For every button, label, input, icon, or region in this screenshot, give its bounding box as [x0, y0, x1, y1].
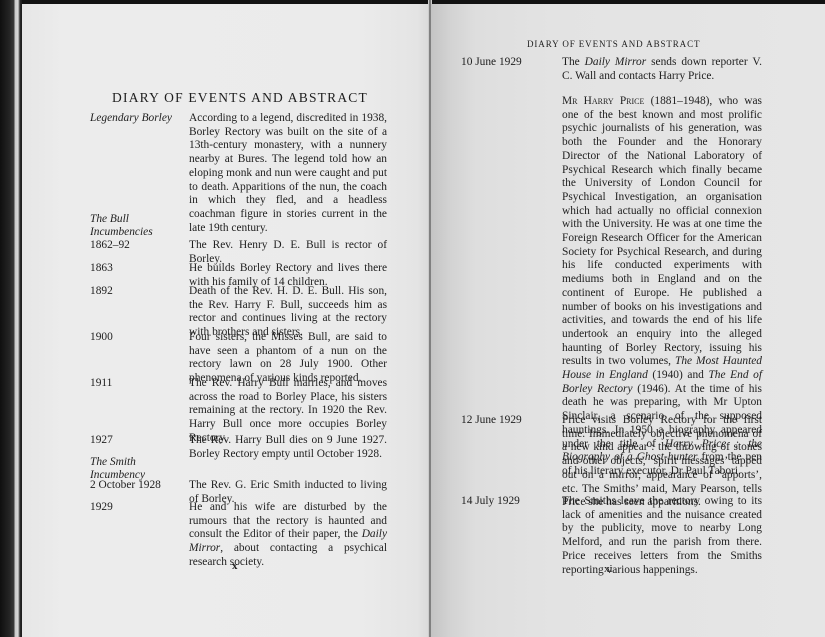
newspaper-title: Daily Mirror	[585, 56, 646, 68]
person-name: Mr Harry Price	[562, 95, 644, 107]
entry-date: 1862–92	[90, 239, 130, 253]
entry-text-legendary: According to a legend, discredited in 19…	[189, 112, 387, 235]
entry-date: 2 October 1928	[90, 479, 161, 493]
entry-text: The Rev. Harry Bull dies on 9 June 1927.…	[189, 434, 387, 461]
page-number-left: x	[232, 560, 238, 572]
book-cover-edge	[0, 0, 22, 637]
entry-text-part: He and his wife are disturbed by the rum…	[189, 501, 387, 540]
entry-date: 12 June 1929	[461, 414, 522, 428]
entry-text: The Daily Mirror sends down reporter V. …	[562, 56, 762, 83]
page-title: DIARY OF EVENTS AND ABSTRACT	[90, 90, 390, 106]
running-head: DIARY OF EVENTS AND ABSTRACT	[527, 39, 692, 49]
entry-date: 1929	[90, 501, 113, 515]
entry-date: 1900	[90, 331, 113, 345]
entry-date: 14 July 1929	[461, 495, 520, 509]
section-label-legendary-borley: Legendary Borley	[90, 112, 172, 126]
entry-text: He and his wife are disturbed by the rum…	[189, 501, 387, 570]
entry-date: 1863	[90, 262, 113, 276]
entry-date: 1892	[90, 285, 113, 299]
entry-text-part: (1940) and	[648, 369, 709, 381]
entry-date: 1927	[90, 434, 113, 448]
section-heading-bull-1: The Bull	[90, 213, 129, 227]
section-heading-smith-1: The Smith	[90, 456, 136, 470]
entry-date: 10 June 1929	[461, 56, 522, 70]
page-number-right: xi	[604, 563, 613, 575]
entry-date: 1911	[90, 377, 112, 391]
entry-text: The Smiths leave the rectory owing to it…	[562, 495, 762, 577]
entry-text-part: The	[562, 56, 585, 68]
section-heading-bull-2: Incumbencies	[90, 226, 153, 240]
entry-text-part: (1881–1948), who was one of the best kno…	[562, 95, 762, 367]
